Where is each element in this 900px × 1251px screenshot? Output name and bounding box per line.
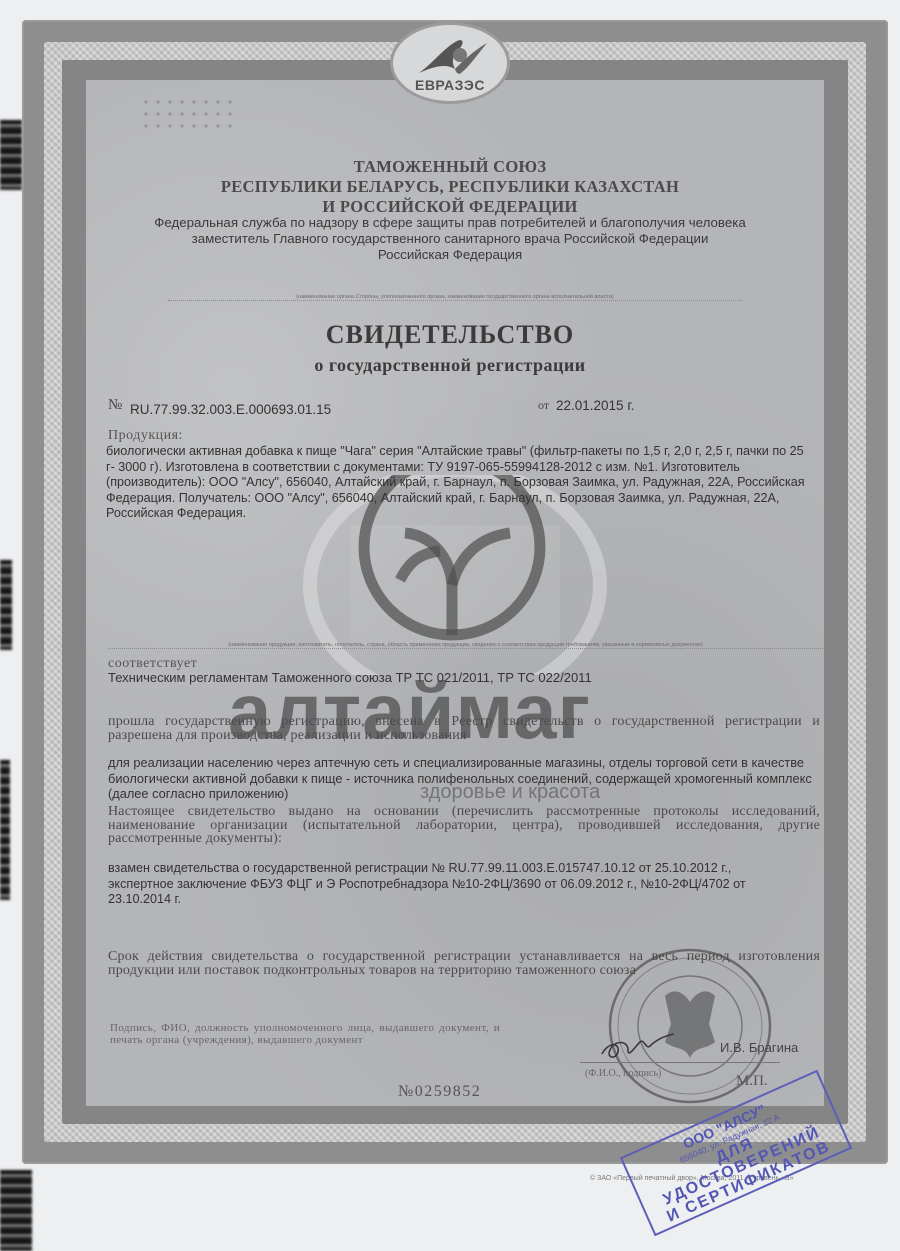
scan-artifact	[0, 1170, 32, 1251]
watermark-tagline: здоровье и красота	[420, 781, 600, 804]
number-label: №	[108, 397, 122, 414]
scan-artifact	[0, 760, 10, 900]
logo-label: ЕВРАЗЭС	[393, 77, 507, 93]
scan-artifact	[0, 560, 12, 650]
authority-line: Федеральная служба по надзору в сфере за…	[0, 215, 900, 230]
bird-emblem-icon	[415, 33, 491, 79]
serial-number: №0259852	[398, 1083, 481, 1101]
registration-number: RU.77.99.32.003.Е.000693.01.15	[130, 402, 331, 417]
basis-documents: взамен свидетельства о государственной р…	[108, 861, 798, 908]
signature-icon	[598, 1028, 678, 1064]
registration-statement: прошла государственную регистрацию, внес…	[108, 715, 820, 742]
product-description: биологически активная добавка к пище "Ча…	[106, 444, 814, 522]
certificate-title: СВИДЕТЕЛЬСТВО	[0, 320, 900, 350]
product-caption: (наименование продукции, изготовитель, п…	[108, 642, 823, 649]
seal-mark: М.П.	[736, 1073, 768, 1090]
authority-line: заместитель Главного государственного са…	[0, 231, 900, 246]
union-header-line: И РОССИЙСКОЙ ФЕДЕРАЦИИ	[0, 197, 900, 217]
date-label: от	[538, 398, 549, 413]
signer-subcaption: (Ф.И.О., подпись)	[585, 1068, 661, 1079]
signer-name: И.В. Брагина	[720, 1040, 798, 1055]
decorative-dots	[140, 96, 240, 136]
registration-date: 22.01.2015 г.	[556, 398, 634, 413]
signature-line	[580, 1062, 780, 1063]
authority-line: Российская Федерация	[0, 247, 900, 262]
authority-caption: (наименование органа Стороны, уполномоче…	[168, 294, 742, 301]
eurasec-logo: ЕВРАЗЭС	[390, 22, 510, 104]
union-header-line: РЕСПУБЛИКИ БЕЛАРУСЬ, РЕСПУБЛИКИ КАЗАХСТА…	[0, 177, 900, 197]
product-label: Продукция:	[108, 428, 183, 444]
certificate-subtitle: о государственной регистрации	[0, 355, 900, 376]
union-header-line: ТАМОЖЕННЫЙ СОЮЗ	[0, 157, 900, 177]
basis-text: Настоящее свидетельство выдано на основа…	[108, 805, 820, 846]
signature-caption: Подпись, ФИО, должность уполномоченного …	[110, 1022, 500, 1046]
